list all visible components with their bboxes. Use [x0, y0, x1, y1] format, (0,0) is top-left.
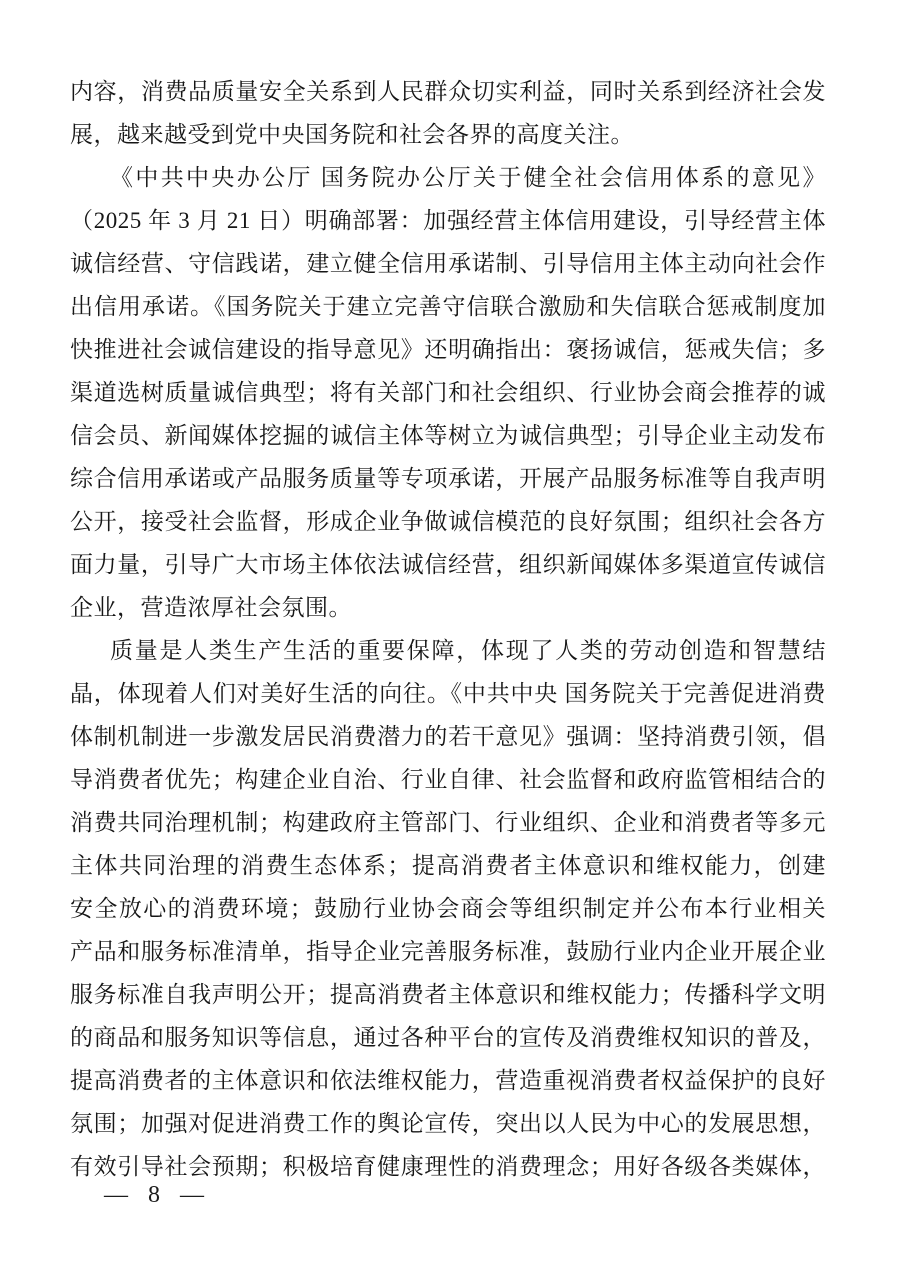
text-line: 主体共同治理的消费生态体系；提高消费者主体意识和维权能力，创建 [70, 844, 826, 887]
text-line: 诚信经营、守信践诺，建立健全信用承诺制、引导信用主体主动向社会作 [70, 242, 826, 285]
text-line: 消费共同治理机制；构建政府主管部门、行业组织、企业和消费者等多元 [70, 801, 826, 844]
document-text: 内容，消费品质量安全关系到人民群众切实利益，同时关系到经济社会发展，越来越受到党… [70, 70, 826, 1188]
document-page: 内容，消费品质量安全关系到人民群众切实利益，同时关系到经济社会发展，越来越受到党… [0, 0, 900, 1273]
text-line: 晶，体现着人们对美好生活的向往。《中共中央 国务院关于完善促进消费 [70, 672, 826, 715]
paragraph: 质量是人类生产生活的重要保障，体现了人类的劳动创造和智慧结晶，体现着人们对美好生… [70, 629, 826, 1188]
text-line: 产品和服务标准清单，指导企业完善服务标准，鼓励行业内企业开展企业 [70, 930, 826, 973]
text-line: 公开，接受社会监督，形成企业争做诚信模范的良好氛围；组织社会各方 [70, 500, 826, 543]
paragraph: 内容，消费品质量安全关系到人民群众切实利益，同时关系到经济社会发展，越来越受到党… [70, 70, 826, 156]
text-line: 渠道选树质量诚信典型；将有关部门和社会组织、行业协会商会推荐的诚 [70, 371, 826, 414]
text-line: 体制机制进一步激发居民消费潜力的若干意见》强调：坚持消费引领，倡 [70, 715, 826, 758]
text-line: 质量是人类生产生活的重要保障，体现了人类的劳动创造和智慧结 [70, 629, 826, 672]
paragraph: 《中共中央办公厅 国务院办公厅关于健全社会信用体系的意见》（2025 年 3 月… [70, 156, 826, 629]
text-line: 的商品和服务知识等信息，通过各种平台的宣传及消费维权知识的普及， [70, 1016, 826, 1059]
text-line: 安全放心的消费环境；鼓励行业协会商会等组织制定并公布本行业相关 [70, 887, 826, 930]
text-line: 企业，营造浓厚社会氛围。 [70, 586, 826, 629]
text-line: 展，越来越受到党中央国务院和社会各界的高度关注。 [70, 113, 826, 156]
text-line: 氛围；加强对促进消费工作的舆论宣传，突出以人民为中心的发展思想， [70, 1102, 826, 1145]
page-number: — 8 — [104, 1181, 206, 1209]
text-line: 出信用承诺。《国务院关于建立完善守信联合激励和失信联合惩戒制度加 [70, 285, 826, 328]
text-line: 导消费者优先；构建企业自治、行业自律、社会监督和政府监管相结合的 [70, 758, 826, 801]
text-line: 内容，消费品质量安全关系到人民群众切实利益，同时关系到经济社会发 [70, 70, 826, 113]
text-line: 信会员、新闻媒体挖掘的诚信主体等树立为诚信典型；引导企业主动发布 [70, 414, 826, 457]
text-line: 《中共中央办公厅 国务院办公厅关于健全社会信用体系的意见》 [70, 156, 826, 199]
text-line: 面力量，引导广大市场主体依法诚信经营，组织新闻媒体多渠道宣传诚信 [70, 543, 826, 586]
text-line: 综合信用承诺或产品服务质量等专项承诺，开展产品服务标准等自我声明 [70, 457, 826, 500]
text-line: 服务标准自我声明公开；提高消费者主体意识和维权能力；传播科学文明 [70, 973, 826, 1016]
text-line: 提高消费者的主体意识和依法维权能力，营造重视消费者权益保护的良好 [70, 1059, 826, 1102]
text-line: （2025 年 3 月 21 日）明确部署：加强经营主体信用建设，引导经营主体 [70, 199, 826, 242]
text-line: 快推进社会诚信建设的指导意见》还明确指出：褒扬诚信，惩戒失信；多 [70, 328, 826, 371]
